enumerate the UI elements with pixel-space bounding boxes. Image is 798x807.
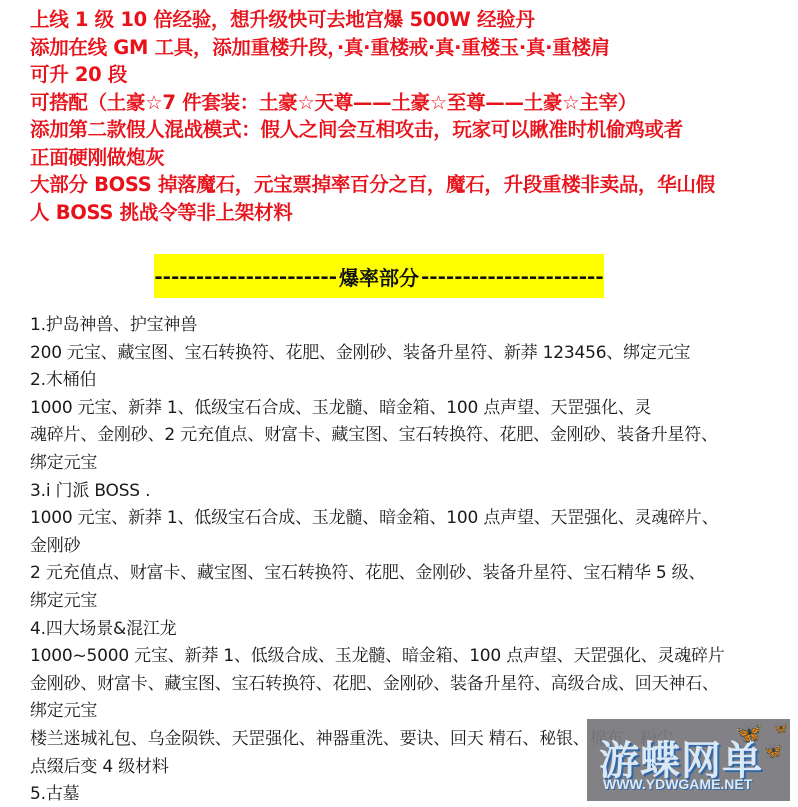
drop-items: 1000~5000 元宝、新莽 1、低级合成、玉龙髓、暗金箱、100 点声望、天… — [30, 643, 790, 671]
intro-line: 正面硬刚做炮灰 — [30, 144, 790, 172]
section-title: 爆率部分 — [337, 262, 421, 291]
intro-line: 大部分 BOSS 掉落魔石，元宝票掉率百分之百，魔石，升段重楼非卖品，华山假 — [30, 171, 790, 199]
boss-heading: 2.木桶伯 — [30, 367, 790, 395]
intro-line: 可搭配（土豪☆7 件套装：土豪☆天尊——土豪☆至尊——土豪☆主宰） — [30, 89, 790, 117]
boss-heading: 1.护岛神兽、护宝神兽 — [30, 312, 790, 340]
drop-items: 1000 元宝、新莽 1、低级宝石合成、玉龙髓、暗金箱、100 点声望、天罡强化… — [30, 395, 790, 423]
drop-items: 绑定元宝 — [30, 450, 790, 478]
intro-line: 人 BOSS 挑战令等非上架材料 — [30, 199, 790, 227]
section-banner-drop-rates: ---------------------- 爆率部分 ------------… — [154, 254, 604, 298]
boss-heading: 4.四大场景&混江龙 — [30, 616, 790, 644]
butterfly-icon: 🦋 — [773, 721, 788, 735]
drop-items: 1000 元宝、新莽 1、低级宝石合成、玉龙髓、暗金箱、100 点声望、天罡强化… — [30, 505, 790, 533]
butterfly-icon: 🦋 — [763, 741, 783, 760]
intro-line: 添加在线 GM 工具，添加重楼升段，·真·重楼戒·真·重楼玉·真·重楼肩 — [30, 34, 790, 62]
intro-line: 上线 1 级 10 倍经验，想升级快可去地宫爆 500W 经验丹 — [30, 6, 790, 34]
butterfly-icon: 🦋 — [735, 721, 762, 746]
boss-heading: 3.i 门派 BOSS . — [30, 478, 790, 506]
intro-line: 可升 20 段 — [30, 61, 790, 89]
drop-items: 金刚砂 — [30, 533, 790, 561]
drop-items: 200 元宝、藏宝图、宝石转换符、花肥、金刚砂、装备升星符、新莽 123456、… — [30, 340, 790, 368]
drop-items: 金刚砂、财富卡、藏宝图、宝石转换符、花肥、金刚砂、装备升星符、高级合成、回天神石… — [30, 671, 790, 699]
site-watermark: 游蝶网单 WWW.YDWGAME.NET 🦋 🦋 🦋 — [587, 719, 790, 801]
intro-line: 添加第二款假人混战模式：假人之间会互相攻击，玩家可以瞅准时机偷鸡或者 — [30, 116, 790, 144]
banner-dashes-left: ---------------------- — [154, 264, 337, 288]
watermark-url: WWW.YDWGAME.NET — [603, 776, 752, 792]
drop-items: 绑定元宝 — [30, 588, 790, 616]
drop-items: 魂碎片、金刚砂、2 元充值点、财富卡、藏宝图、宝石转换符、花肥、金刚砂、装备升星… — [30, 422, 790, 450]
banner-dashes-right: ---------------------- — [421, 264, 604, 288]
intro-announcement: 上线 1 级 10 倍经验，想升级快可去地宫爆 500W 经验丹 添加在线 GM… — [30, 6, 790, 226]
drop-items: 2 元充值点、财富卡、藏宝图、宝石转换符、花肥、金刚砂、装备升星符、宝石精华 5… — [30, 560, 790, 588]
